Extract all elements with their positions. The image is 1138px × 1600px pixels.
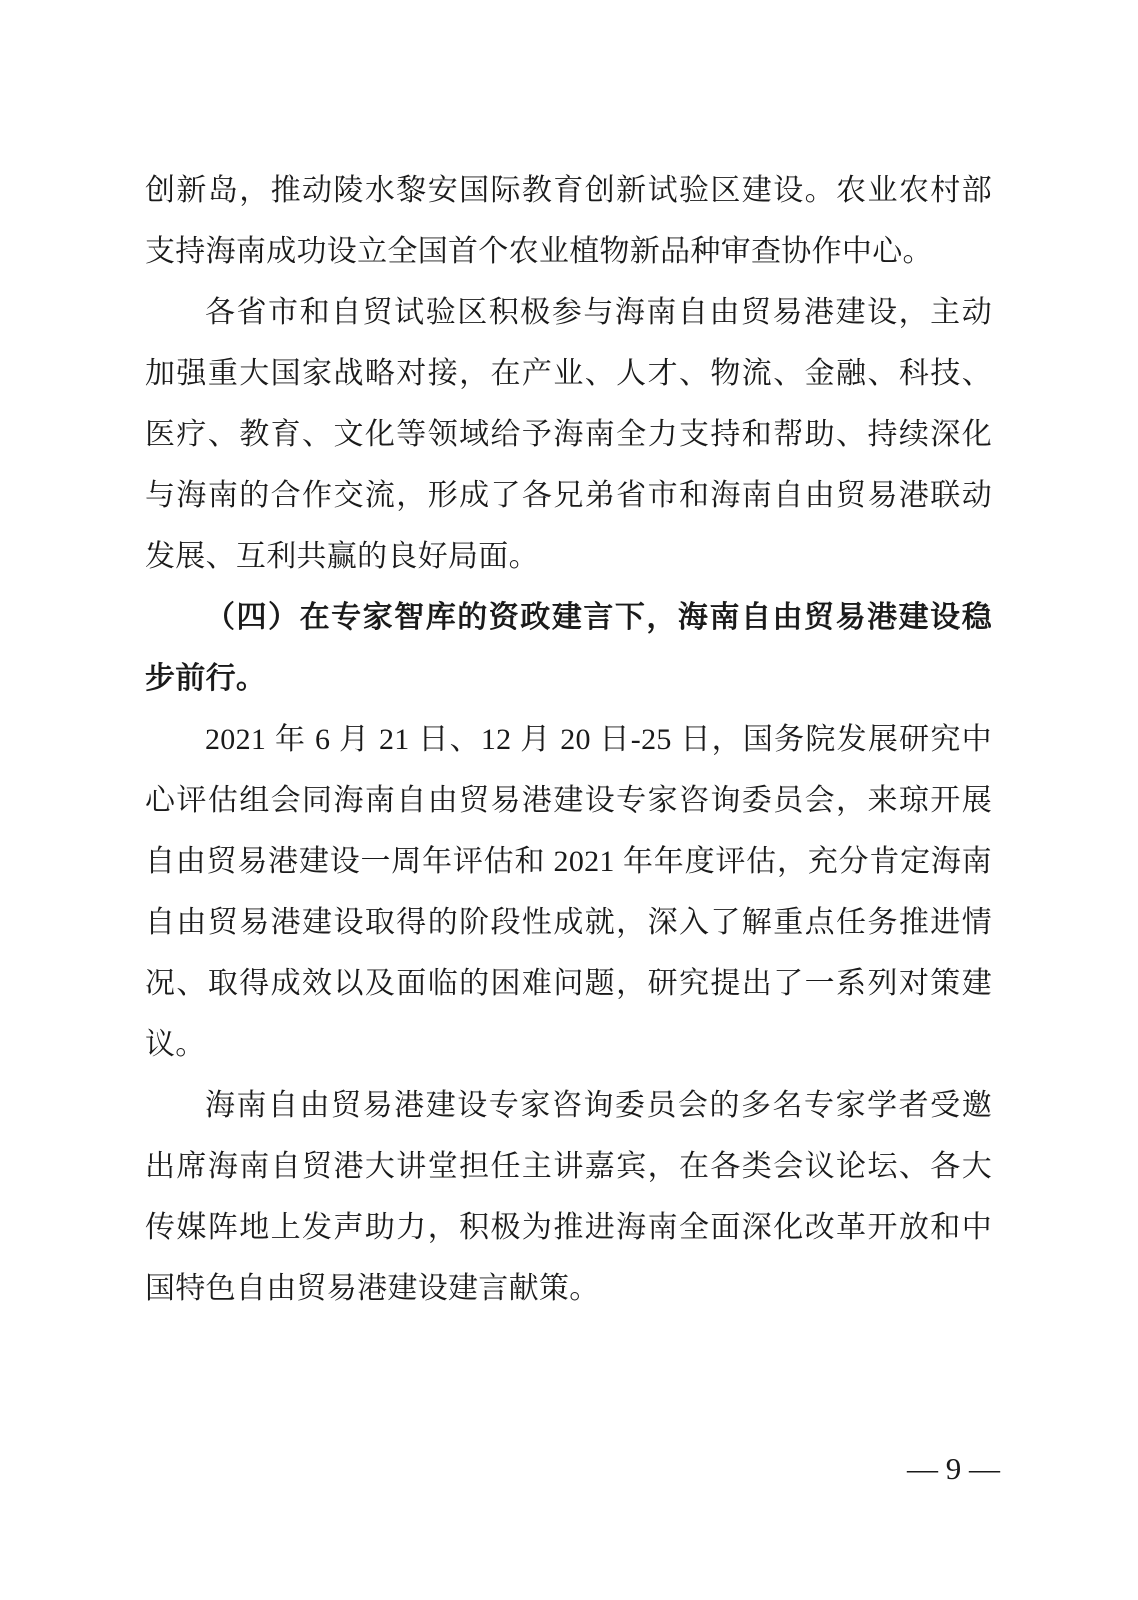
paragraph-evaluation: 2021 年 6 月 21 日、12 月 20 日-25 日，国务院发展研究中心… (145, 709, 992, 1075)
paragraph-continuation: 创新岛，推动陵水黎安国际教育创新试验区建设。农业农村部支持海南成功设立全国首个农… (145, 160, 992, 282)
paragraph-provinces-support: 各省市和自贸试验区积极参与海南自由贸易港建设，主动加强重大国家战略对接，在产业、… (145, 282, 992, 587)
page-number: — 9 — (907, 1451, 1000, 1486)
document-page: 创新岛，推动陵水黎安国际教育创新试验区建设。农业农村部支持海南成功设立全国首个农… (0, 0, 1138, 1600)
page-footer: — 9 — (907, 1453, 1000, 1484)
document-body: 创新岛，推动陵水黎安国际教育创新试验区建设。农业农村部支持海南成功设立全国首个农… (145, 160, 992, 1319)
section-heading-four: （四）在专家智库的资政建言下，海南自由贸易港建设稳步前行。 (145, 587, 992, 709)
paragraph-experts: 海南自由贸易港建设专家咨询委员会的多名专家学者受邀出席海南自贸港大讲堂担任主讲嘉… (145, 1075, 992, 1319)
